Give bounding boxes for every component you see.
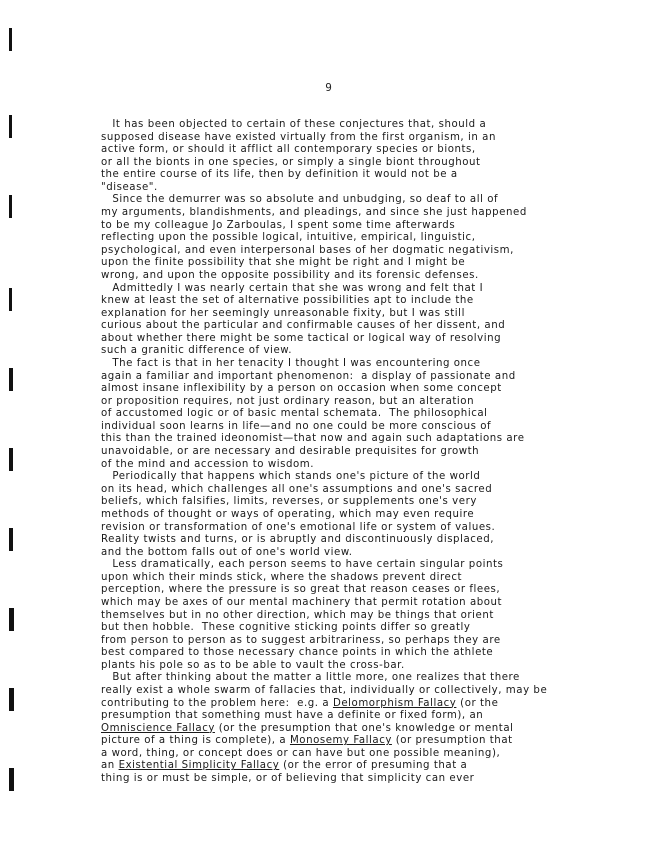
text-line: the entire course of its life, then by d… — [101, 169, 657, 182]
text-line: active form, or should it afflict all co… — [101, 144, 657, 157]
text-line: But after thinking about the matter a li… — [101, 672, 657, 685]
text-line: The fact is that in her tenacity I thoug… — [101, 358, 657, 371]
text-line: almost insane inflexibility by a person … — [101, 383, 657, 396]
text-line: curious about the particular and confirm… — [101, 320, 657, 333]
text-line: Admittedly I was nearly certain that she… — [101, 283, 657, 296]
text-line: or proposition requires, not just ordina… — [101, 396, 657, 409]
text-line: individual soon learns in life—and no on… — [101, 421, 657, 434]
margin-bar — [9, 195, 12, 218]
text-line: revision or transformation of one's emot… — [101, 522, 657, 535]
text-line: upon the finite possibility that she mig… — [101, 257, 657, 270]
text-line: picture of a thing is complete), a Monos… — [101, 735, 657, 748]
text-line: presumption that something must have a d… — [101, 710, 657, 723]
text-line: my arguments, blandishments, and pleadin… — [101, 207, 657, 220]
margin-bar — [9, 688, 14, 711]
margin-bar — [9, 288, 12, 311]
text-line: an Existential Simplicity Fallacy (or th… — [101, 760, 657, 773]
margin-bar — [9, 768, 14, 791]
margin-bar — [9, 28, 12, 51]
text-line: wrong, and upon the opposite possibility… — [101, 270, 657, 283]
text-line: to be my colleague Jo Zarboulas, I spent… — [101, 220, 657, 233]
text-line: of accustomed logic or of basic mental s… — [101, 408, 657, 421]
text-line: supposed disease have existed virtually … — [101, 132, 657, 145]
text-line: perception, where the pressure is so gre… — [101, 584, 657, 597]
margin-bar — [9, 528, 13, 551]
text-line: Since the demurrer was so absolute and u… — [101, 194, 657, 207]
text-line: "disease". — [101, 182, 657, 195]
text-line: or all the bionts in one species, or sim… — [101, 157, 657, 170]
text-line: Periodically that happens which stands o… — [101, 471, 657, 484]
fallacy-term: Existential Simplicity Fallacy — [119, 760, 280, 771]
text-line: psychological, and even interpersonal ba… — [101, 245, 657, 258]
text-line: beliefs, which falsifies, limits, revers… — [101, 496, 657, 509]
text-line: of the mind and accession to wisdom. — [101, 459, 657, 472]
page-number: 9 — [0, 81, 657, 94]
text-line: explanation for her seemingly unreasonab… — [101, 308, 657, 321]
text-line: from person to person as to suggest arbi… — [101, 635, 657, 648]
text-line: such a granitic difference of view. — [101, 345, 657, 358]
text-line: really exist a whole swarm of fallacies … — [101, 685, 657, 698]
text-line: about whether there might be some tactic… — [101, 333, 657, 346]
text-line: thing is or must be simple, or of believ… — [101, 773, 657, 786]
text-line: on its head, which challenges all one's … — [101, 484, 657, 497]
text-line: reflecting upon the possible logical, in… — [101, 232, 657, 245]
text-line: contributing to the problem here: e.g. a… — [101, 698, 657, 711]
fallacy-term: Monosemy Fallacy — [290, 735, 392, 746]
fallacy-term: Omniscience Fallacy — [101, 723, 215, 734]
text-line: upon which their minds stick, where the … — [101, 572, 657, 585]
margin-bar — [9, 608, 14, 631]
margin-bar — [9, 368, 13, 391]
text-line: knew at least the set of alternative pos… — [101, 295, 657, 308]
text-line: unavoidable, or are necessary and desira… — [101, 446, 657, 459]
text-line: Less dramatically, each person seems to … — [101, 559, 657, 572]
margin-bar — [9, 115, 12, 138]
text-line: Reality twists and turns, or is abruptly… — [101, 534, 657, 547]
text-line: but then hobble. These cognitive stickin… — [101, 622, 657, 635]
document-body: It has been objected to certain of these… — [101, 119, 657, 786]
text-line: Omniscience Fallacy (or the presumption … — [101, 723, 657, 736]
text-line: a word, thing, or concept does or can ha… — [101, 748, 657, 761]
text-line: and the bottom falls out of one's world … — [101, 547, 657, 560]
fallacy-term: Delomorphism Fallacy — [333, 698, 456, 709]
text-line: again a familiar and important phenomeno… — [101, 371, 657, 384]
text-line: best compared to those necessary chance … — [101, 647, 657, 660]
text-line: It has been objected to certain of these… — [101, 119, 657, 132]
text-line: which may be axes of our mental machiner… — [101, 597, 657, 610]
margin-bar — [9, 448, 13, 471]
text-line: plants his pole so as to be able to vaul… — [101, 660, 657, 673]
text-line: methods of thought or ways of operating,… — [101, 509, 657, 522]
text-line: themselves but in no other direction, wh… — [101, 610, 657, 623]
text-line: this than the trained ideonomist—that no… — [101, 433, 657, 446]
